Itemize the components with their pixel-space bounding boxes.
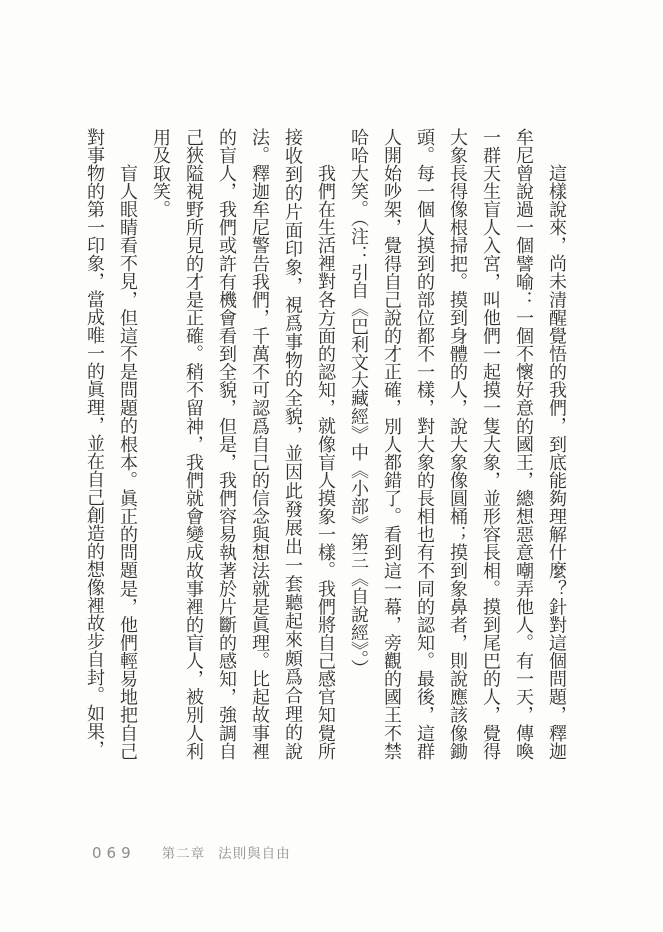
chapter-heading: 第二章法則與自由 bbox=[162, 842, 291, 862]
paragraph-perception-commentary: 我們在生活裡對各方面的認知，就像盲人摸象一樣。我們將自己感官知覺所接收到的片面印… bbox=[144, 128, 342, 760]
page-footer: 069 第二章法則與自由 bbox=[92, 842, 291, 862]
paragraph-elephant-parable: 這樣說來，尚未清醒覺悟的我們，到底能夠理解什麼？針對這個問題，釋迦牟尼曾說過一個… bbox=[342, 128, 573, 760]
chapter-label: 第二章 bbox=[162, 846, 206, 861]
book-page: 這樣說來，尚未清醒覺悟的我們，到底能夠理解什麼？針對這個問題，釋迦牟尼曾說過一個… bbox=[0, 0, 663, 932]
page-number: 069 bbox=[92, 844, 136, 862]
chapter-title: 法則與自由 bbox=[218, 846, 291, 861]
paragraph-blindness-conclusion: 盲人眼睛看不見，但這不是問題的根本。眞正的問題是，他們輕易地把自己對事物的第一印… bbox=[78, 128, 144, 760]
body-text: 這樣說來，尚未清醒覺悟的我們，到底能夠理解什麼？針對這個問題，釋迦牟尼曾說過一個… bbox=[78, 128, 573, 760]
